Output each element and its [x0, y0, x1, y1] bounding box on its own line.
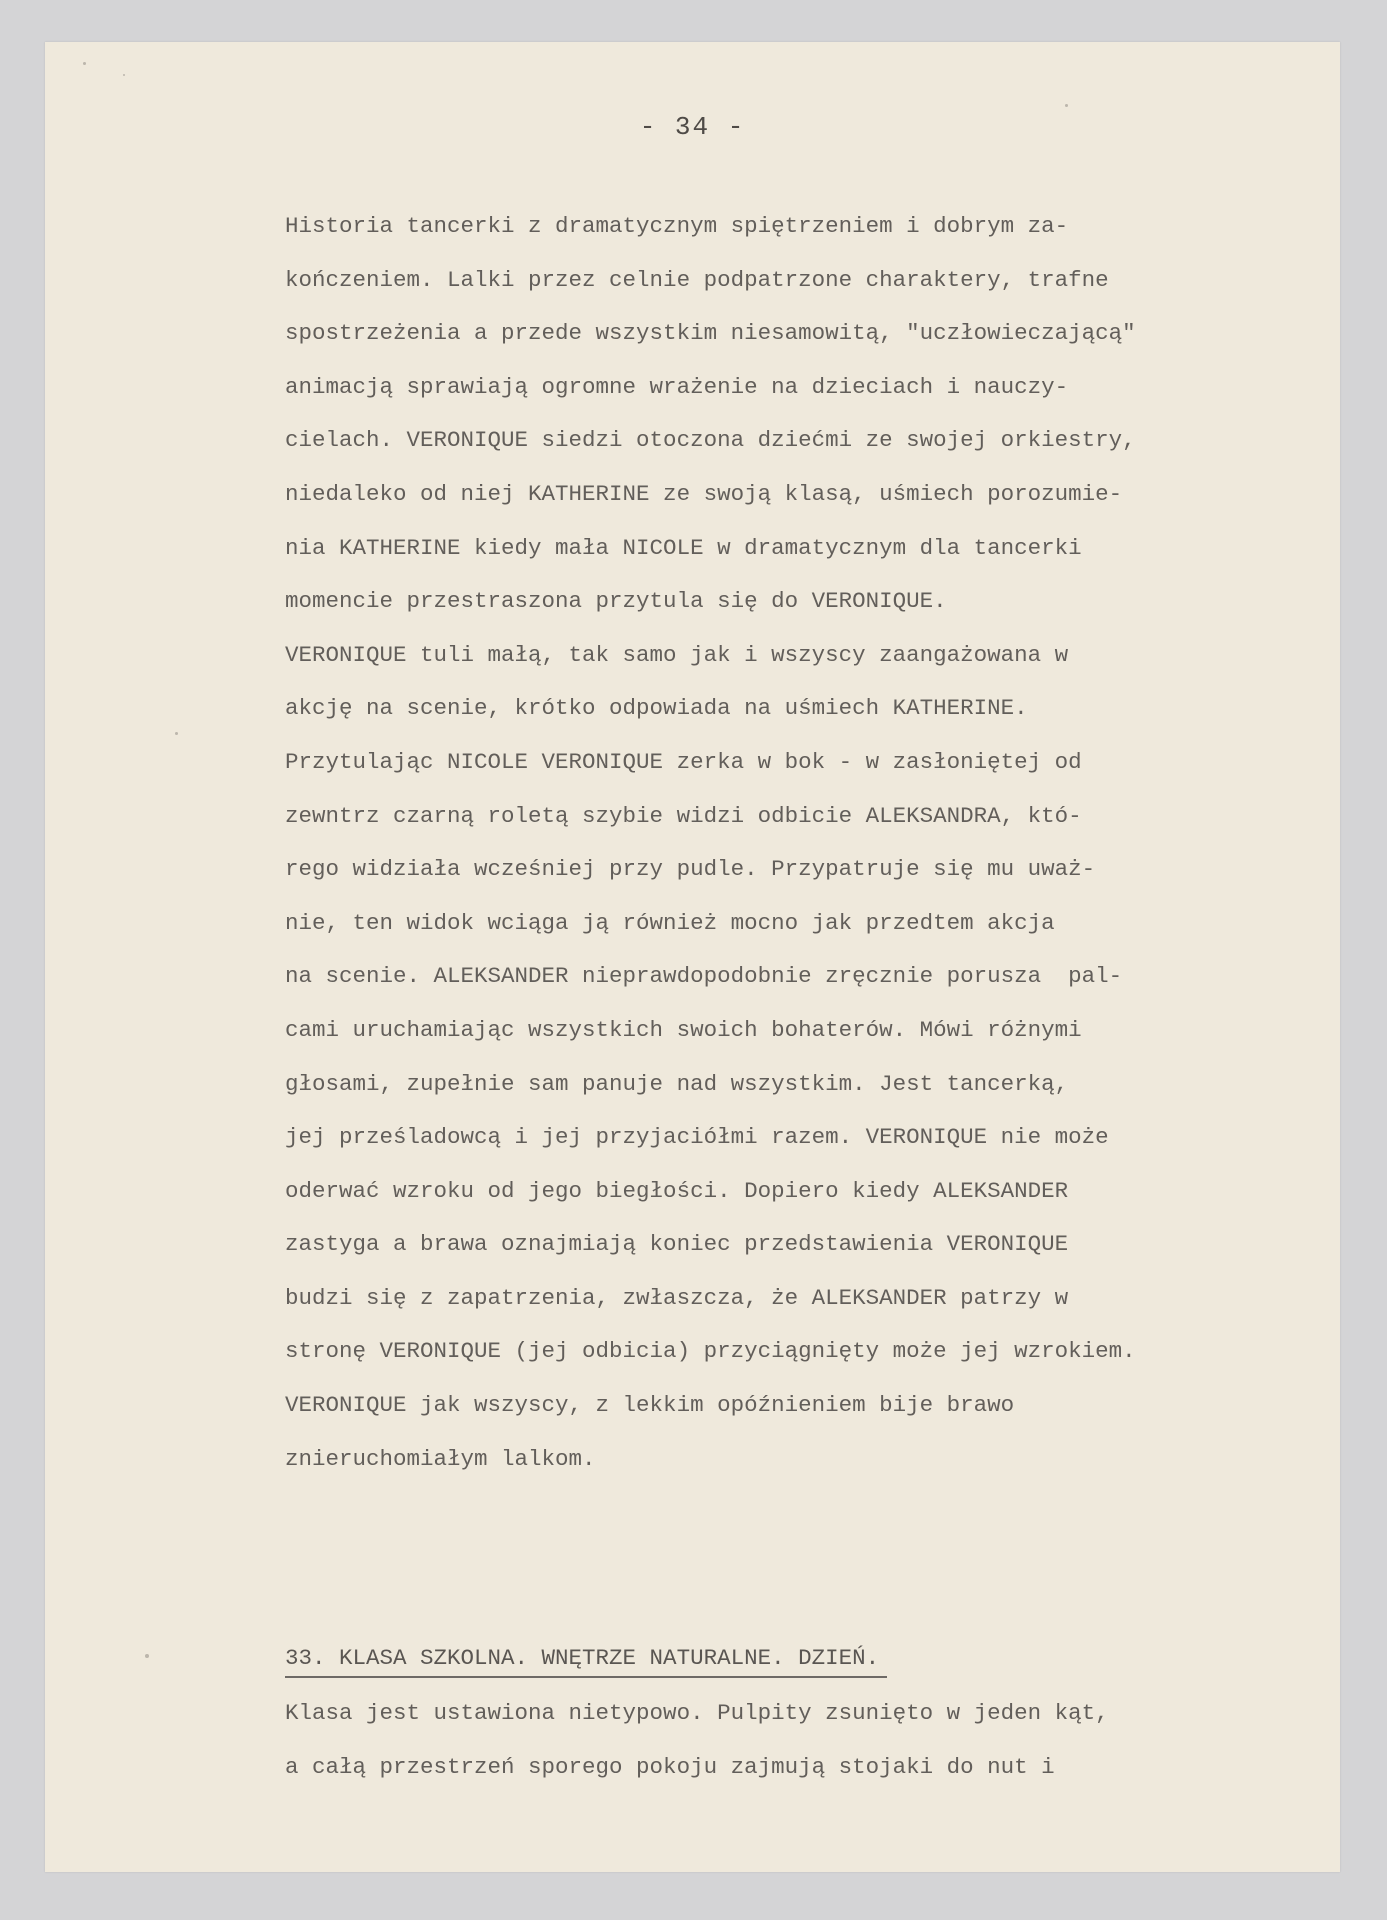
text-line: jej prześladowcą i jej przyjaciółmi raze… — [285, 1111, 1345, 1165]
text-line: nia KATHERINE kiedy mała NICOLE w dramat… — [285, 522, 1345, 576]
paper-speck — [83, 62, 86, 65]
text-line: zewntrz czarną roletą szybie widzi odbic… — [285, 790, 1345, 844]
text-line: Klasa jest ustawiona nietypowo. Pulpity … — [285, 1687, 1345, 1741]
text-line: cami uruchamiając wszystkich swoich boha… — [285, 1004, 1345, 1058]
text-line: zastyga a brawa oznajmiają koniec przeds… — [285, 1218, 1345, 1272]
text-line: spostrzeżenia a przede wszystkim niesamo… — [285, 307, 1345, 361]
script-body-text: Historia tancerki z dramatycznym spiętrz… — [285, 200, 1345, 1486]
paper-speck — [175, 732, 178, 735]
text-line: stronę VERONIQUE (jej odbicia) przyciągn… — [285, 1325, 1345, 1379]
text-line: niedaleko od niej KATHERINE ze swoją kla… — [285, 468, 1345, 522]
text-line: budzi się z zapatrzenia, zwłaszcza, że A… — [285, 1272, 1345, 1326]
text-line: rego widziała wcześniej przy pudle. Przy… — [285, 843, 1345, 897]
paper-speck — [1065, 104, 1068, 107]
paper-speck — [123, 74, 125, 76]
text-line: animacją sprawiają ogromne wrażenie na d… — [285, 361, 1345, 415]
text-line: głosami, zupełnie sam panuje nad wszystk… — [285, 1058, 1345, 1112]
text-line: Przytulając NICOLE VERONIQUE zerka w bok… — [285, 736, 1345, 790]
text-line: a całą przestrzeń sporego pokoju zajmują… — [285, 1741, 1345, 1795]
text-line: kończeniem. Lalki przez celnie podpatrzo… — [285, 254, 1345, 308]
text-line: na scenie. ALEKSANDER nieprawdopodobnie … — [285, 950, 1345, 1004]
text-line: VERONIQUE jak wszyscy, z lekkim opóźnien… — [285, 1379, 1345, 1433]
text-line: momencie przestraszona przytula się do V… — [285, 575, 1345, 629]
page-number: - 34 - — [45, 112, 1340, 142]
typewritten-page: - 34 - Historia tancerki z dramatycznym … — [45, 42, 1340, 1872]
text-line: VERONIQUE tuli małą, tak samo jak i wszy… — [285, 629, 1345, 683]
text-line: znieruchomiałym lalkom. — [285, 1433, 1345, 1487]
scene-heading: 33. KLASA SZKOLNA. WNĘTRZE NATURALNE. DZ… — [285, 1640, 887, 1678]
paper-speck — [145, 1654, 149, 1658]
text-line: cielach. VERONIQUE siedzi otoczona dzieć… — [285, 414, 1345, 468]
text-line: Historia tancerki z dramatycznym spiętrz… — [285, 200, 1345, 254]
text-line: oderwać wzroku od jego biegłości. Dopier… — [285, 1165, 1345, 1219]
text-line: akcję na scenie, krótko odpowiada na uśm… — [285, 682, 1345, 736]
scene-description: Klasa jest ustawiona nietypowo. Pulpity … — [285, 1687, 1345, 1794]
text-line: nie, ten widok wciąga ją również mocno j… — [285, 897, 1345, 951]
